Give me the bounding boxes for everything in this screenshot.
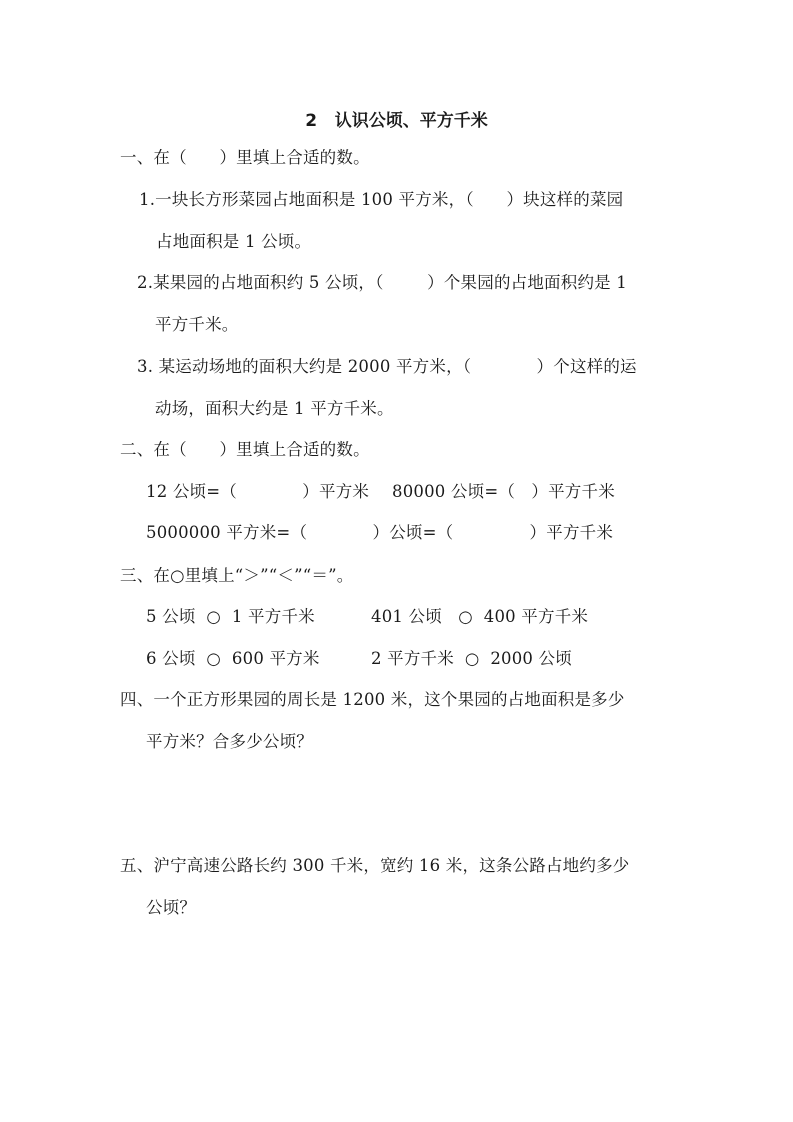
page-title: 2 认识公顷、平方千米 xyxy=(0,106,793,131)
conversion-5000000-sqm: 5000000 平方米=（ ）公顷=（ ）平方千米 xyxy=(146,523,613,543)
question-5-line2: 公顷？ xyxy=(146,898,196,918)
section-2-heading: 二、在（ ）里填上合适的数。 xyxy=(120,440,370,460)
section-3-heading: 三、在○里填上“＞”“＜”“＝”。 xyxy=(120,566,353,586)
conversion-80000-hectare: 80000 公顷=（ ）平方千米 xyxy=(392,482,615,502)
question-1-2-line2: 平方千米。 xyxy=(155,315,239,335)
compare-6-hectare: 6 公顷 ○ 600 平方米 xyxy=(146,649,320,669)
compare-2-sqkm: 2 平方千米 ○ 2000 公顷 xyxy=(371,649,572,669)
question-1-1-line1: 1.一块长方形菜园占地面积是 100 平方米，（ ）块这样的菜园 xyxy=(139,190,623,210)
question-1-3-line1: 3. 某运动场地的面积大约是 2000 平方米，（ ）个这样的运 xyxy=(137,357,637,377)
question-5-line1: 五、沪宁高速公路长约 300 千米，宽约 16 米，这条公路占地约多少 xyxy=(120,856,629,876)
question-1-3-line2: 动场，面积大约是 1 平方千米。 xyxy=(155,399,394,419)
question-4-line1: 四、一个正方形果园的周长是 1200 米，这个果园的占地面积是多少 xyxy=(120,690,625,710)
question-1-2-line1: 2.某果园的占地面积约 5 公顷，（ ）个果园的占地面积约是 1 xyxy=(137,273,627,293)
compare-5-hectare: 5 公顷 ○ 1 平方千米 xyxy=(146,607,315,627)
question-1-1-line2: 占地面积是 1 公顷。 xyxy=(156,232,311,252)
section-1-heading: 一、在（ ）里填上合适的数。 xyxy=(120,148,370,168)
compare-401-hectare: 401 公顷 ○ 400 平方千米 xyxy=(371,607,588,627)
question-4-line2: 平方米？合多少公顷？ xyxy=(146,732,313,752)
conversion-12-hectare: 12 公顷=（ ）平方米 xyxy=(146,482,369,502)
